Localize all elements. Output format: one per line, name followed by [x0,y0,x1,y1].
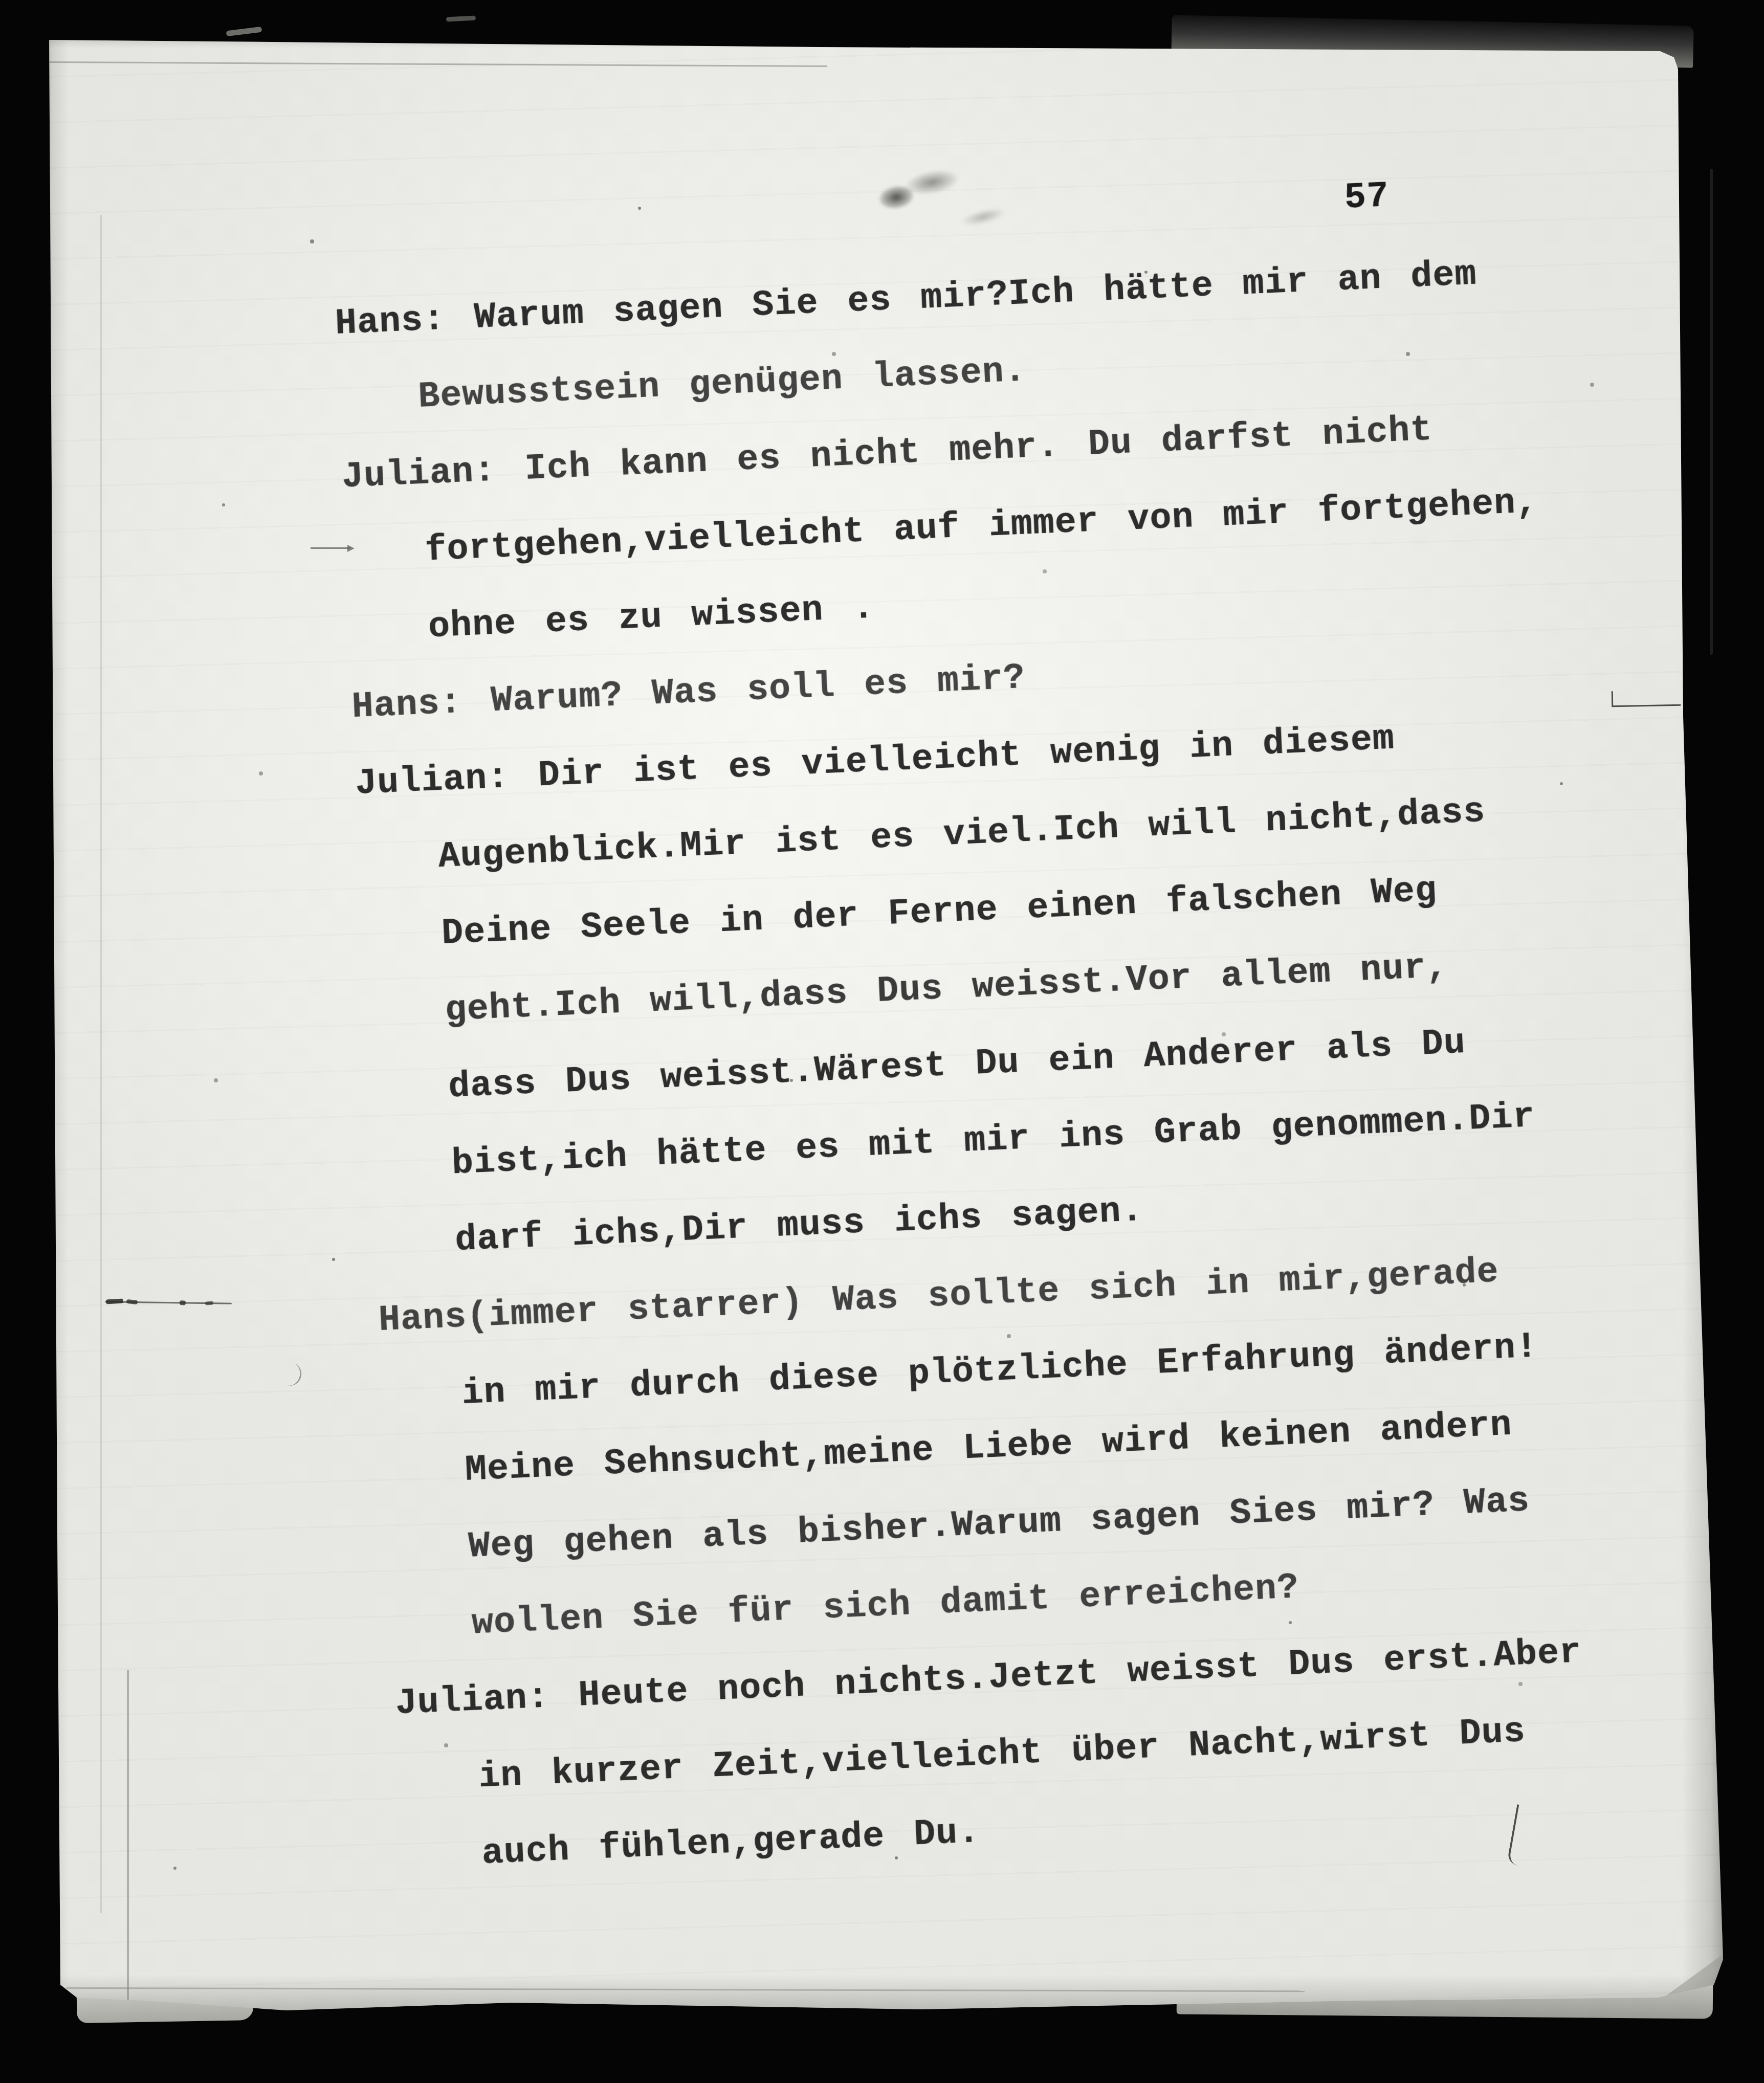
scanned-document-photo: 57 Hans: Warum sagen Sie es mir?Ich hätt… [0,0,1764,2083]
stray-paper-glint [446,15,476,21]
crease-line-vertical-bottom-left [127,1670,129,2002]
page-number: 57 [1344,179,1391,217]
underlying-page-edge-right [1710,169,1713,655]
crease-line-top [49,61,827,67]
pencil-scribble-blob [205,1301,214,1305]
crease-line-bottom [67,1987,1305,1992]
text-block: Hans: Warum sagen Sie es mir?Ich hätte m… [334,229,1733,1896]
small-curved-pen-mark [284,1362,304,1388]
stray-paper-glint [226,27,262,36]
crease-line-vertical-left [100,215,102,1913]
pencil-scribble-blob [106,1299,123,1304]
manuscript-page: 57 Hans: Warum sagen Sie es mir?Ich hätt… [45,31,1728,2010]
pencil-scribble-left-margin [105,1297,232,1307]
pencil-scribble-blob [180,1300,186,1305]
paper-specks [40,26,42,28]
pencil-scribble-blob [126,1299,138,1304]
